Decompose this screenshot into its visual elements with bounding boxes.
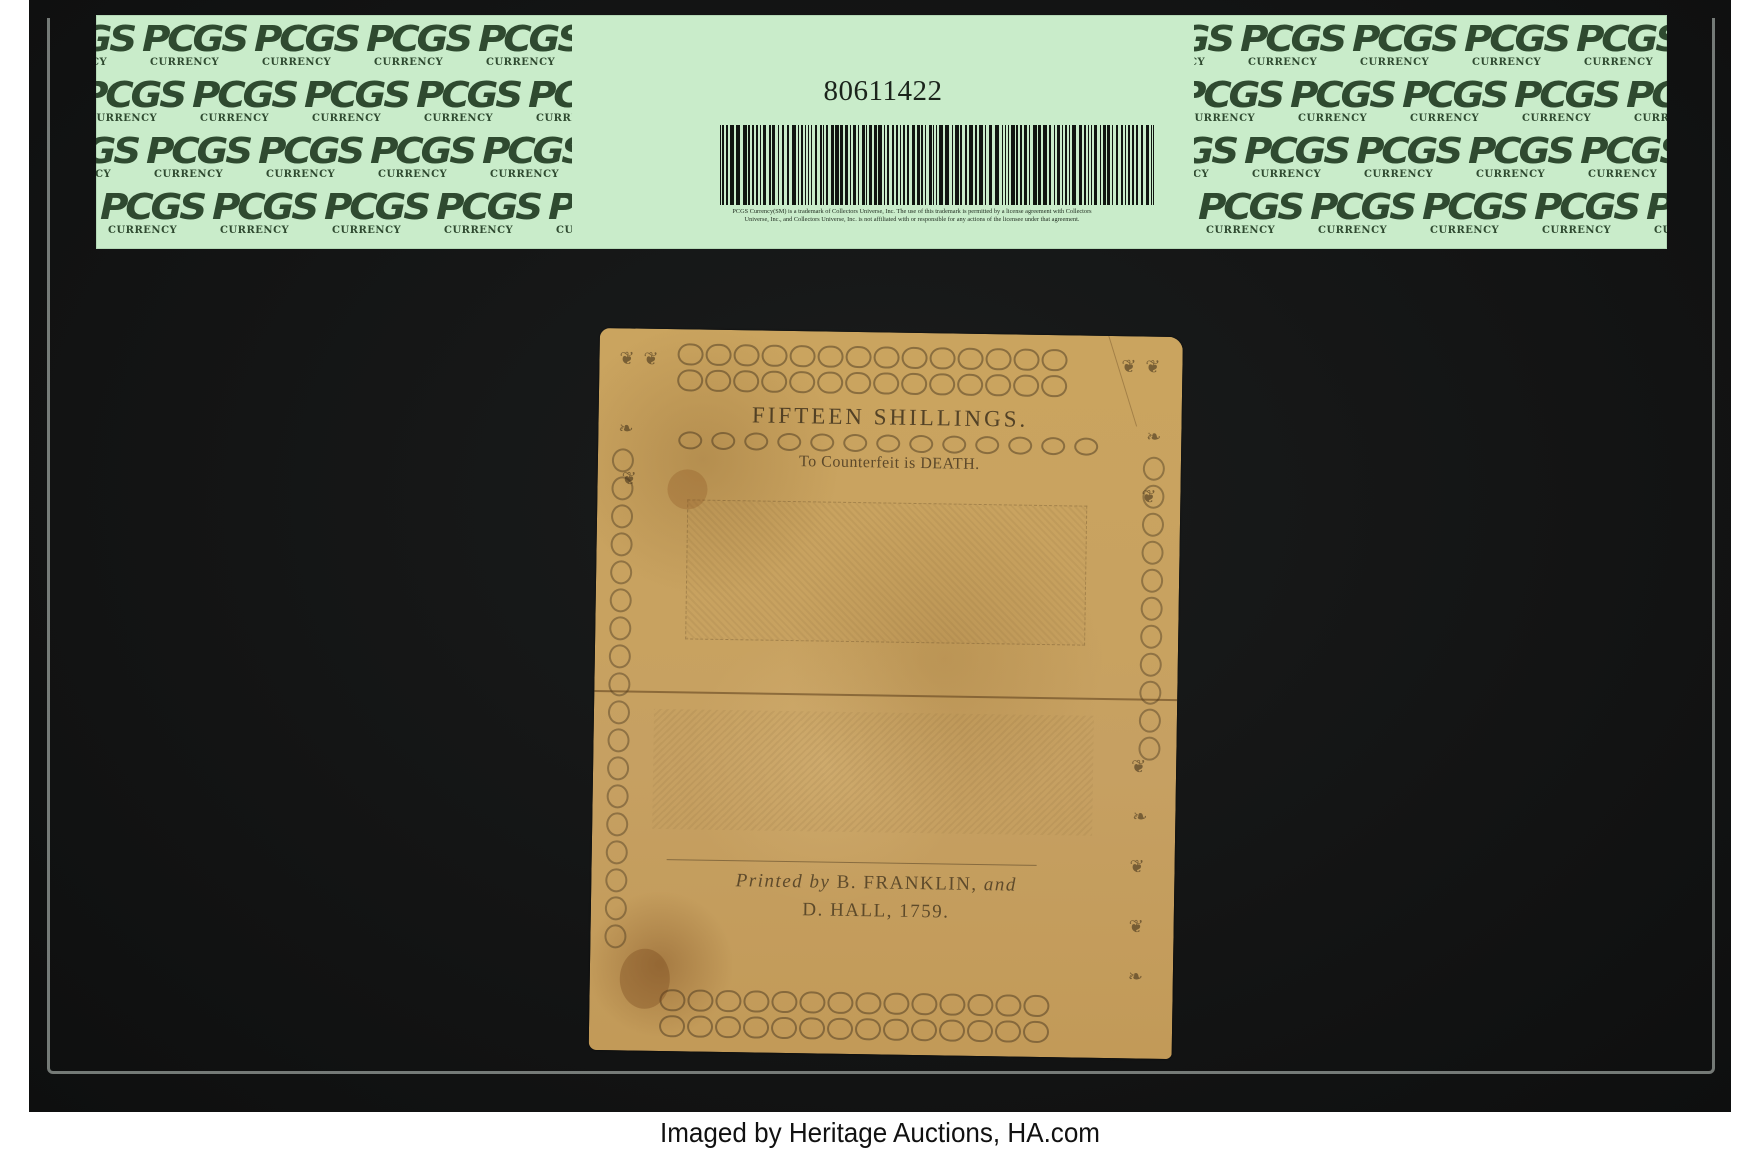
barcode-bar — [1016, 125, 1018, 205]
barcode-bar — [801, 125, 803, 205]
logo-row: PCGSCURRENCYPCGSCURRENCYPCGSCURRENCYPCGS… — [96, 131, 572, 187]
barcode-bar — [917, 125, 920, 205]
pcgs-logo: PCGSCURRENCY — [142, 131, 254, 187]
barcode-bar — [955, 125, 959, 205]
pcgs-logo: PCGSCURRENCY — [96, 19, 138, 75]
pcgs-logo: PCGSCURRENCY — [1236, 19, 1348, 75]
ornamental-border-right — [1138, 457, 1165, 761]
ornamental-border-top — [677, 343, 1067, 371]
barcode-bar — [850, 125, 851, 205]
leaf-ornament-icon: ❦ — [1145, 357, 1160, 378]
barcode-bar — [840, 125, 843, 205]
barcode — [720, 125, 1160, 205]
barcode-bar — [730, 125, 734, 205]
barcode-bar — [969, 125, 973, 205]
barcode-bar — [896, 125, 898, 205]
image-credit-caption: Imaged by Heritage Auctions, HA.com — [62, 1117, 1699, 1149]
barcode-bar — [1020, 125, 1022, 205]
pcgs-logo: PCGSCURRENCY — [1352, 131, 1464, 187]
barcode-bar — [1100, 125, 1101, 205]
barcode-bar — [936, 125, 937, 205]
pcgs-logo: PCGSCURRENCY — [544, 187, 572, 243]
pcgs-logo: PCGSCURRENCY — [412, 75, 524, 131]
barcode-bar — [1065, 125, 1067, 205]
barcode-bar — [820, 125, 822, 205]
barcode-bar — [979, 125, 983, 205]
label-center-panel: 80611422 PCGS Currency(SM) is a trademar… — [572, 15, 1194, 249]
pcgs-logo: PCGSCURRENCY — [1348, 19, 1460, 75]
pcgs-logo: PCGSCURRENCY — [524, 75, 572, 131]
barcode-bar — [1029, 125, 1030, 205]
ornamental-border-left — [604, 448, 634, 948]
barcode-bar — [952, 125, 953, 205]
pcgs-logo: PCGSCURRENCY — [478, 131, 572, 187]
denomination-text: FIFTEEN SHILLINGS. — [598, 400, 1181, 435]
barcode-bar — [743, 125, 747, 205]
pcgs-logo: PCGSCURRENCY — [96, 75, 188, 131]
leaf-ornament-icon: ❦ — [643, 349, 658, 370]
barcode-bar — [989, 125, 992, 205]
barcode-bar — [805, 125, 806, 205]
barcode-bar — [835, 125, 839, 205]
leaf-ornament-icon: ❦ — [619, 348, 634, 369]
barcode-bar — [763, 125, 766, 205]
barcode-bar — [752, 125, 754, 205]
pcgs-logo: PCGSCURRENCY — [1576, 131, 1667, 187]
barcode-bar — [811, 125, 812, 205]
pcgs-logo: PCGSCURRENCY — [1240, 131, 1352, 187]
barcode-bar — [903, 125, 905, 205]
barcode-bar — [769, 125, 771, 205]
engraved-panel — [652, 709, 1094, 836]
barcode-bar — [1054, 125, 1055, 205]
pcgs-logo: PCGSCURRENCY — [362, 19, 474, 75]
barcode-bar — [975, 125, 977, 205]
pcgs-logo: PCGSCURRENCY — [1464, 131, 1576, 187]
barcode-bar — [1008, 125, 1009, 205]
pcgs-logo: PCGSCURRENCY — [1530, 187, 1642, 243]
pcgs-logo: PCGSCURRENCY — [138, 19, 250, 75]
barcode-bar — [862, 125, 865, 205]
pcgs-logo: PCGSCURRENCY — [432, 187, 544, 243]
barcode-bar — [1153, 125, 1154, 205]
logo-row: PCGSCURRENCYPCGSCURRENCYPCGSCURRENCYPCGS… — [96, 19, 572, 75]
barcode-bar — [878, 125, 882, 205]
barcode-bar — [869, 125, 872, 205]
logo-row: PCGSCURRENCYPCGSCURRENCYPCGSCURRENCYPCGS… — [96, 187, 572, 243]
barcode-bar — [985, 125, 986, 205]
barcode-bar — [1107, 125, 1110, 205]
barcode-bar — [1091, 125, 1092, 205]
barcode-bar — [1005, 125, 1006, 205]
pcgs-logo: PCGSCURRENCY — [254, 131, 366, 187]
horizontal-fold — [594, 690, 1177, 701]
pcgs-logo: PCGSCURRENCY — [1418, 187, 1530, 243]
pcgs-logo: PCGSCURRENCY — [1460, 19, 1572, 75]
trademark-fine-print: PCGS Currency(SM) is a trademark of Coll… — [662, 208, 1162, 224]
barcode-bar — [1057, 125, 1060, 205]
barcode-bar — [1128, 125, 1130, 205]
barcode-bar — [925, 125, 926, 205]
barcode-bar — [1024, 125, 1027, 205]
barcode-bar — [929, 125, 932, 205]
logo-row: PCGSCURRENCYPCGSCURRENCYPCGSCURRENCYPCGS… — [1194, 187, 1667, 243]
barcode-bar — [884, 125, 885, 205]
ornamental-border-bottom — [659, 1015, 1049, 1043]
pcgs-slab-label: PCGSCURRENCYPCGSCURRENCYPCGSCURRENCYPCGS… — [96, 15, 1667, 249]
barcode-bar — [1069, 125, 1070, 205]
barcode-bar — [778, 125, 779, 205]
pcgs-logo: PCGSCURRENCY — [96, 187, 208, 243]
barcode-bar — [1132, 125, 1134, 205]
barcode-bar — [748, 125, 750, 205]
barcode-bar — [1088, 125, 1089, 205]
pcgs-logo: PCGSCURRENCY — [1510, 75, 1622, 131]
ornamental-border-bottom — [659, 989, 1049, 1017]
pcgs-logo: PCGSCURRENCY — [366, 131, 478, 187]
barcode-bar — [1136, 125, 1138, 205]
barcode-bar — [1049, 125, 1051, 205]
barcode-bar — [1121, 125, 1123, 205]
barcode-bar — [720, 125, 721, 205]
barcode-bar — [853, 125, 856, 205]
barcode-bar — [808, 125, 809, 205]
barcode-bar — [874, 125, 877, 205]
logo-row: PCGSCURRENCYPCGSCURRENCYPCGSCURRENCYPCGS… — [1194, 75, 1667, 131]
barcode-bar — [798, 125, 799, 205]
barcode-bar — [912, 125, 915, 205]
pcgs-logo: PCGSCURRENCY — [1194, 19, 1236, 75]
barcode-bar — [823, 125, 824, 205]
barcode-bar — [792, 125, 796, 205]
fine-print-line: Universe, Inc., and Collectors Universe,… — [662, 216, 1162, 224]
fine-print-line: PCGS Currency(SM) is a trademark of Coll… — [662, 208, 1162, 216]
logo-row: PCGSCURRENCYPCGSCURRENCYPCGSCURRENCYPCGS… — [96, 75, 572, 131]
leaf-ornament-icon: ❧ — [1132, 806, 1147, 827]
barcode-bar — [760, 125, 761, 205]
ornamental-border-top — [677, 369, 1067, 397]
barcode-bar — [866, 125, 867, 205]
barcode-bar — [1103, 125, 1106, 205]
leaf-ornament-icon: ❦ — [1121, 356, 1136, 377]
pcgs-logo: PCGSCURRENCY — [300, 75, 412, 131]
certification-number: 80611422 — [572, 75, 1194, 108]
barcode-bar — [1141, 125, 1143, 205]
barcode-bar — [1079, 125, 1082, 205]
barcode-bar — [782, 125, 784, 205]
barcode-bar — [933, 125, 934, 205]
pcgs-logo: PCGSCURRENCY — [474, 19, 572, 75]
pcgs-logo-pattern-left: PCGSCURRENCYPCGSCURRENCYPCGSCURRENCYPCGS… — [96, 15, 572, 249]
pcgs-logo: PCGSCURRENCY — [1642, 187, 1667, 243]
barcode-bar — [1002, 125, 1003, 205]
barcode-bar — [965, 125, 967, 205]
barcode-bar — [722, 125, 724, 205]
barcode-bar — [892, 125, 894, 205]
logo-row: PCGSCURRENCYPCGSCURRENCYPCGSCURRENCYPCGS… — [1194, 19, 1667, 75]
barcode-bar — [845, 125, 848, 205]
barcode-bar — [1125, 125, 1126, 205]
pcgs-logo: PCGSCURRENCY — [1306, 187, 1418, 243]
barcode-bar — [1033, 125, 1037, 205]
barcode-bar — [939, 125, 943, 205]
leaf-ornament-icon: ❦ — [1129, 856, 1144, 877]
leaf-ornament-icon: ❧ — [1128, 966, 1143, 987]
barcode-bar — [945, 125, 949, 205]
barcode-bar — [1116, 125, 1118, 205]
barcode-bar — [921, 125, 923, 205]
barcode-bar — [1038, 125, 1041, 205]
barcode-bar — [1084, 125, 1086, 205]
barcode-bar — [1146, 125, 1149, 205]
barcode-bar — [960, 125, 962, 205]
pcgs-logo: PCGSCURRENCY — [1194, 75, 1286, 131]
barcode-bar — [858, 125, 859, 205]
barcode-bar — [826, 125, 828, 205]
barcode-bar — [726, 125, 728, 205]
pcgs-logo: PCGSCURRENCY — [1286, 75, 1398, 131]
barcode-bar — [815, 125, 817, 205]
colonial-banknote: ❦ ❦ ❦ ❦ ❧ ❧ ❦ ❦ ❦ ❧ ❦ ❦ ❧ FIFTEEN SHILLI… — [589, 328, 1183, 1059]
barcode-bar — [1043, 125, 1047, 205]
engraved-panel — [685, 499, 1087, 645]
barcode-bar — [736, 125, 740, 205]
pcgs-logo: PCGSCURRENCY — [96, 131, 142, 187]
barcode-bar — [907, 125, 909, 205]
pcgs-logo-pattern-right: PCGSCURRENCYPCGSCURRENCYPCGSCURRENCYPCGS… — [1194, 15, 1667, 249]
leaf-ornament-icon: ❦ — [1128, 916, 1143, 937]
pcgs-logo: PCGSCURRENCY — [250, 19, 362, 75]
divider-rule — [667, 859, 1037, 866]
barcode-bar — [1011, 125, 1015, 205]
pcgs-logo: PCGSCURRENCY — [208, 187, 320, 243]
pcgs-logo: PCGSCURRENCY — [1194, 187, 1306, 243]
barcode-bar — [787, 125, 789, 205]
pcgs-logo: PCGSCURRENCY — [320, 187, 432, 243]
barcode-bar — [1072, 125, 1076, 205]
pcgs-logo: PCGSCURRENCY — [1398, 75, 1510, 131]
barcode-bar — [756, 125, 758, 205]
pcgs-logo: PCGSCURRENCY — [1572, 19, 1667, 75]
pcgs-logo: PCGSCURRENCY — [1622, 75, 1667, 131]
barcode-bar — [887, 125, 889, 205]
barcode-bar — [995, 125, 999, 205]
printer-imprint-line1: Printed by B. FRANKLIN, and — [661, 869, 1091, 898]
barcode-bar — [831, 125, 834, 205]
logo-row: PCGSCURRENCYPCGSCURRENCYPCGSCURRENCYPCGS… — [1194, 131, 1667, 187]
barcode-bar — [1094, 125, 1097, 205]
printer-imprint-line2: D. HALL, 1759. — [661, 897, 1091, 926]
barcode-bar — [900, 125, 901, 205]
pcgs-logo: PCGSCURRENCY — [188, 75, 300, 131]
barcode-bar — [1062, 125, 1063, 205]
barcode-bar — [1151, 125, 1152, 205]
barcode-bar — [772, 125, 775, 205]
barcode-bar — [1112, 125, 1113, 205]
pcgs-logo: PCGSCURRENCY — [1194, 131, 1240, 187]
